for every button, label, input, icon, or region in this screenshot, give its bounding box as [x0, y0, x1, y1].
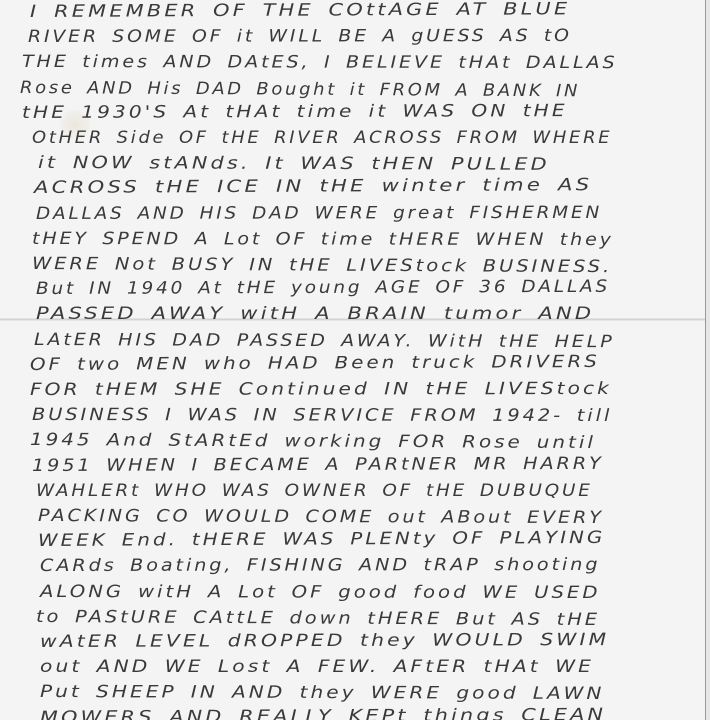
text-line: BUSINESS I WAS IN SERVICE FROM 1942- til… [32, 405, 612, 426]
page-edge-strip [706, 0, 710, 720]
text-line: PACKING CO WOULD COME out ABout EVERY [38, 506, 604, 528]
text-line: Rose AND His DAD Bought it FROM A BANK I… [20, 78, 580, 101]
text-line: ALONG witH A Lot OF good food WE USED [40, 582, 601, 603]
text-line: wAtER LEVEL dROPPED they WOULD SWIM [40, 630, 609, 652]
text-line: THE times AND DAtES, I BELIEVE tHAt DALL… [22, 52, 618, 73]
letter-page: I REMEMBER OF THE COttAGE AT BLUE RIVER … [0, 0, 710, 720]
text-line: to PAStURE CAttLE down tHERE But AS tHE [36, 607, 600, 630]
text-line: WERE Not BUSY IN tHE LIVEStock BUSINESS. [32, 254, 612, 277]
text-line: 1945 And StARtEd working FOR Rose until [30, 430, 596, 453]
text-line: ACROSS tHE ICE IN tHE winter time AS [34, 176, 592, 199]
text-line: MOWERS AND REALLY KEPt things CLEAN [40, 705, 606, 720]
text-line: DALLAS AND HIS DAD WERE great FISHERMEN [36, 203, 602, 224]
text-line: 1951 WHEN I BECAME A PARtNER MR HARRY [32, 453, 604, 475]
text-line: WEEK End. tHERE WAS PLENty OF PLAYING [38, 528, 606, 551]
text-line: it NOW stANds. It WAS tHEN PULLED [38, 153, 550, 175]
text-line: I REMEMBER OF THE COttAGE AT BLUE [30, 0, 570, 22]
text-line: tHE 1930'S At tHAt time it WAS ON tHE [22, 101, 568, 123]
text-line: LAtER HIS DAD PASSED AWAY. WitH tHE HELP [34, 330, 615, 352]
text-line: Put SHEEP IN AND they WERE good LAWN [40, 682, 605, 704]
text-line: OtHER Side OF tHE RIVER ACROSS FROM WHER… [32, 128, 612, 148]
text-line: tHEY SPEND A Lot OF time tHERE WHEN they [32, 229, 614, 250]
text-line: But IN 1940 At tHE young AGE OF 36 DALLA… [36, 277, 610, 299]
text-line: PASSED AWAY witH A BRAIN tumor AND [36, 304, 594, 324]
text-line: out AND WE Lost A FEW. AFtER tHAt WE [40, 657, 594, 677]
text-line: FOR tHEM SHE Continued IN tHE LIVEStock [30, 379, 612, 400]
page-edge-line [705, 0, 706, 720]
text-line: RIVER SOME OF it WILL BE A gUESS AS tO [28, 26, 572, 47]
text-line: WAHLERt WHO WAS OWNER OF tHE DUBUQUE [36, 481, 593, 501]
text-line: CARds Boating, FISHING AND tRAP shooting [40, 555, 600, 576]
text-line: OF two MEN who HAD Been truck DRIVERS [30, 352, 600, 375]
